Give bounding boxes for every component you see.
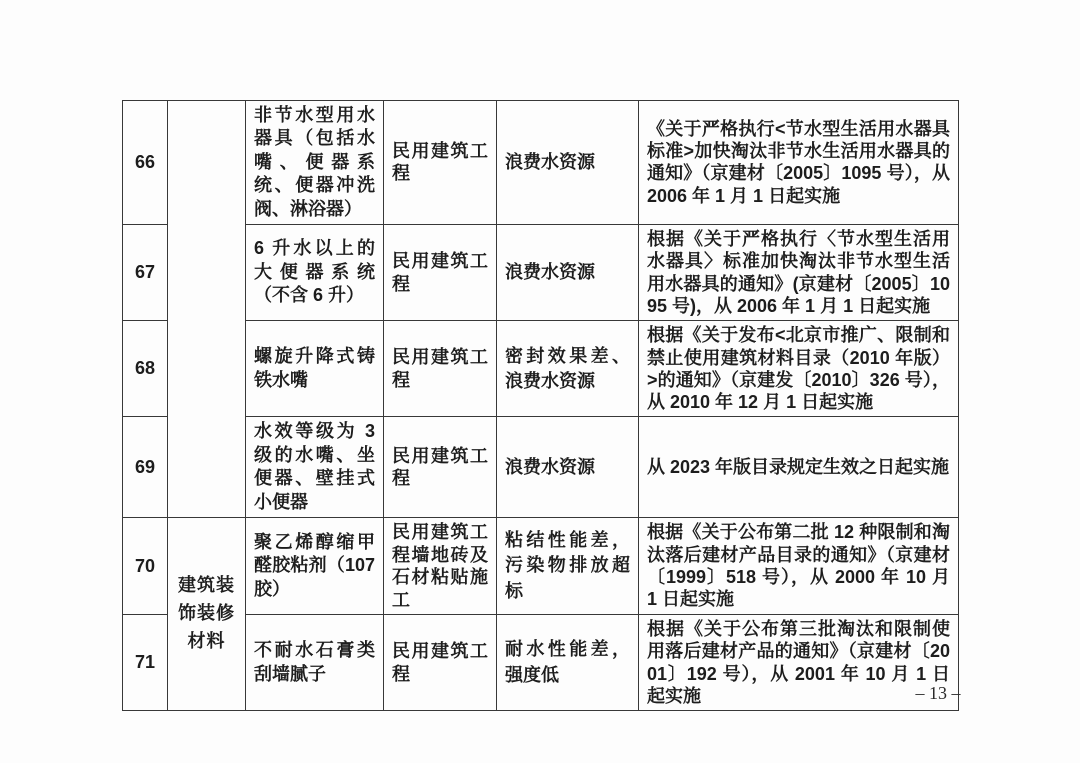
- basis-cell: 根据《关于发布<北京市推广、限制和禁止使用建筑材料目录（2010 年版）>的通知…: [639, 321, 959, 417]
- reason-cell: 粘结性能差，污染物排放超标: [497, 518, 639, 615]
- table-row: 66 非节水型用水器具（包括水嘴、便器系统、便器冲洗阀、淋浴器） 民用建筑工程 …: [123, 101, 959, 225]
- category-cell-decoration-materials: 建筑装饰装修材料: [168, 518, 246, 711]
- basis-cell: 根据《关于严格执行〈节水型生活用水器具〉标准加快淘汰非节水型生活用水器具的通知》…: [639, 224, 959, 320]
- product-cell: 6 升水以上的大便器系统（不含 6 升）: [246, 224, 384, 320]
- row-number: 66: [123, 101, 168, 225]
- basis-cell: 从 2023 年版目录规定生效之日起实施: [639, 417, 959, 518]
- reason-cell: 耐水性能差，强度低: [497, 615, 639, 711]
- basis-cell: 根据《关于公布第二批 12 种限制和淘汰落后建材产品目录的通知》（京建材〔199…: [639, 518, 959, 615]
- scope-cell: 民用建筑工程: [384, 615, 497, 711]
- row-number: 69: [123, 417, 168, 518]
- row-number: 68: [123, 321, 168, 417]
- table-row: 71 不耐水石膏类刮墙腻子 民用建筑工程 耐水性能差，强度低 根据《关于公布第三…: [123, 615, 959, 711]
- reason-cell: 浪费水资源: [497, 224, 639, 320]
- row-number: 71: [123, 615, 168, 711]
- banned-materials-table: 66 非节水型用水器具（包括水嘴、便器系统、便器冲洗阀、淋浴器） 民用建筑工程 …: [122, 100, 959, 711]
- reason-cell: 浪费水资源: [497, 101, 639, 225]
- category-cell-continued: [168, 101, 246, 518]
- reason-cell: 密封效果差、浪费水资源: [497, 321, 639, 417]
- row-number: 67: [123, 224, 168, 320]
- scope-cell: 民用建筑工程: [384, 321, 497, 417]
- table-row: 67 6 升水以上的大便器系统（不含 6 升） 民用建筑工程 浪费水资源 根据《…: [123, 224, 959, 320]
- basis-cell: 《关于严格执行<节水型生活用水器具标准>加快淘汰非节水生活用水器具的通知》（京建…: [639, 101, 959, 225]
- table-row: 69 水效等级为 3 级的水嘴、坐便器、壁挂式小便器 民用建筑工程 浪费水资源 …: [123, 417, 959, 518]
- page-number: – 13 –: [868, 683, 1008, 704]
- product-cell: 不耐水石膏类刮墙腻子: [246, 615, 384, 711]
- scope-cell: 民用建筑工程: [384, 224, 497, 320]
- scope-cell: 民用建筑工程: [384, 417, 497, 518]
- row-number: 70: [123, 518, 168, 615]
- document-page: 66 非节水型用水器具（包括水嘴、便器系统、便器冲洗阀、淋浴器） 民用建筑工程 …: [0, 0, 1080, 763]
- scope-cell: 民用建筑工程墙地砖及石材粘贴施工: [384, 518, 497, 615]
- reason-cell: 浪费水资源: [497, 417, 639, 518]
- product-cell: 聚乙烯醇缩甲醛胶粘剂（107 胶）: [246, 518, 384, 615]
- scope-cell: 民用建筑工程: [384, 101, 497, 225]
- table-row: 70 建筑装饰装修材料 聚乙烯醇缩甲醛胶粘剂（107 胶） 民用建筑工程墙地砖及…: [123, 518, 959, 615]
- table-row: 68 螺旋升降式铸铁水嘴 民用建筑工程 密封效果差、浪费水资源 根据《关于发布<…: [123, 321, 959, 417]
- product-cell: 水效等级为 3 级的水嘴、坐便器、壁挂式小便器: [246, 417, 384, 518]
- product-cell: 非节水型用水器具（包括水嘴、便器系统、便器冲洗阀、淋浴器）: [246, 101, 384, 225]
- product-cell: 螺旋升降式铸铁水嘴: [246, 321, 384, 417]
